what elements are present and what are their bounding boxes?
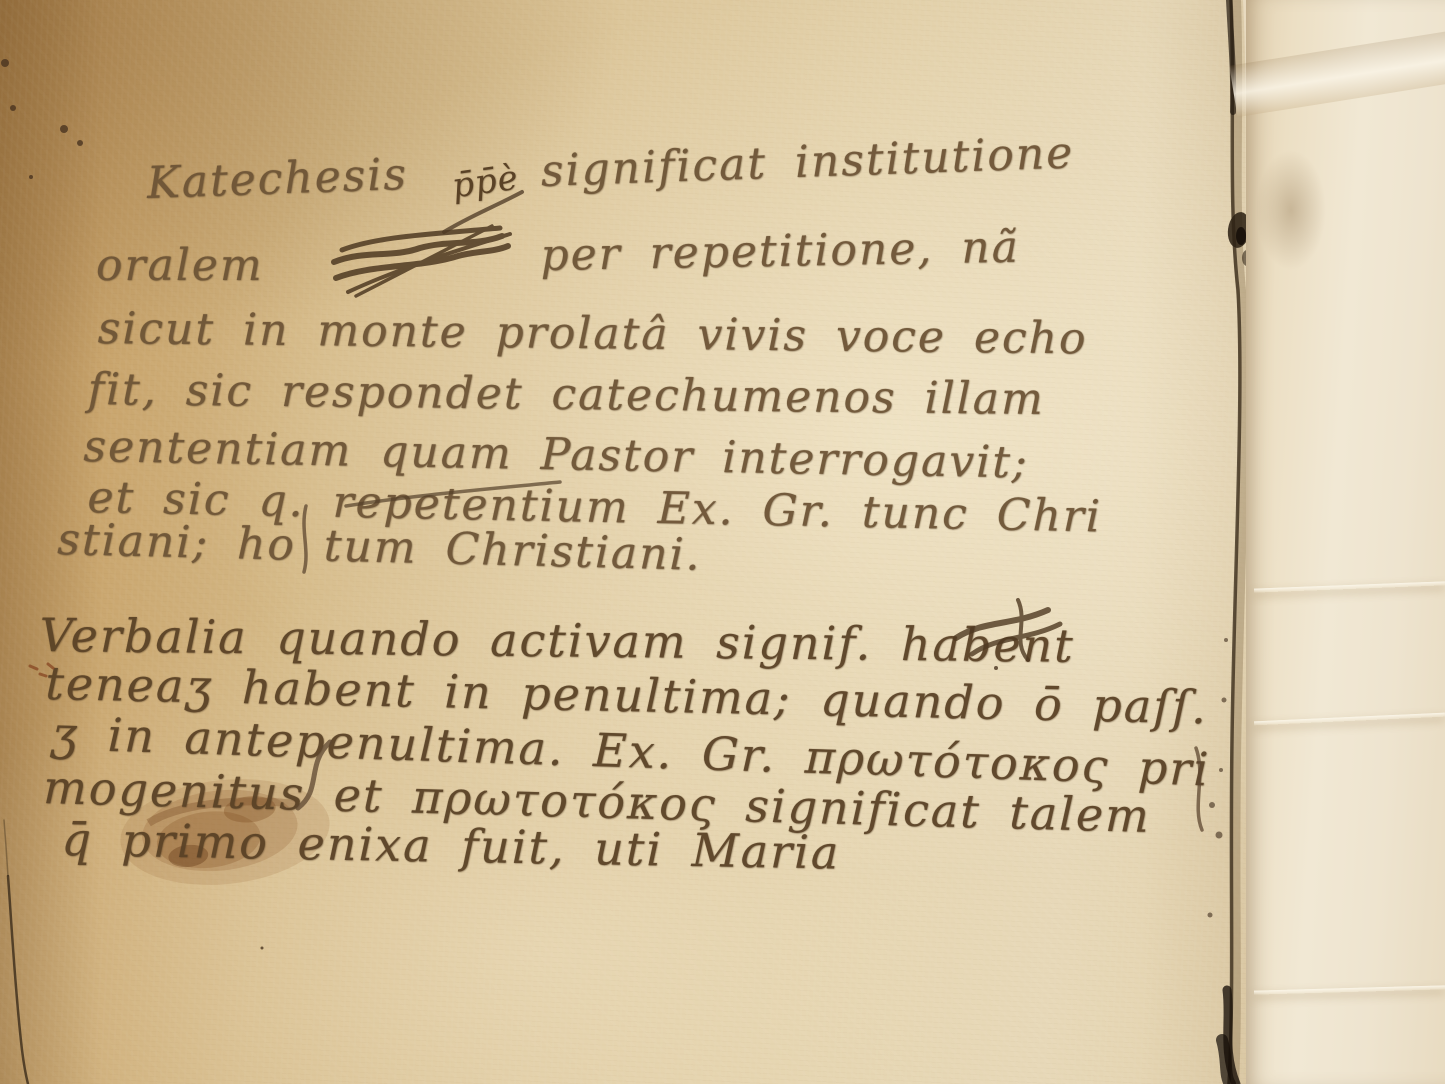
facing-page-edge <box>1246 0 1445 1084</box>
horizontal-crease-1 <box>1254 581 1445 592</box>
fold-shadow <box>1256 150 1326 270</box>
manuscript-line-p1-5: sicut in monte prolatâ vivis voce echo <box>97 303 1087 364</box>
manuscript-line-p1-1: Katechesis <box>146 149 409 209</box>
horizontal-crease-2 <box>1254 713 1445 726</box>
manuscript-line-p1-4: per repetitione, nã <box>540 222 1020 281</box>
horizontal-crease-3 <box>1254 985 1445 994</box>
manuscript-line-p1-3: oralem <box>96 240 264 291</box>
manuscript-line-p1-6: fit, sic respondet catechumenos illam <box>87 364 1045 425</box>
manuscript-photo: Katechesissignificat institutioneoralemp… <box>0 0 1445 1084</box>
top-fold-crease <box>1229 31 1445 117</box>
